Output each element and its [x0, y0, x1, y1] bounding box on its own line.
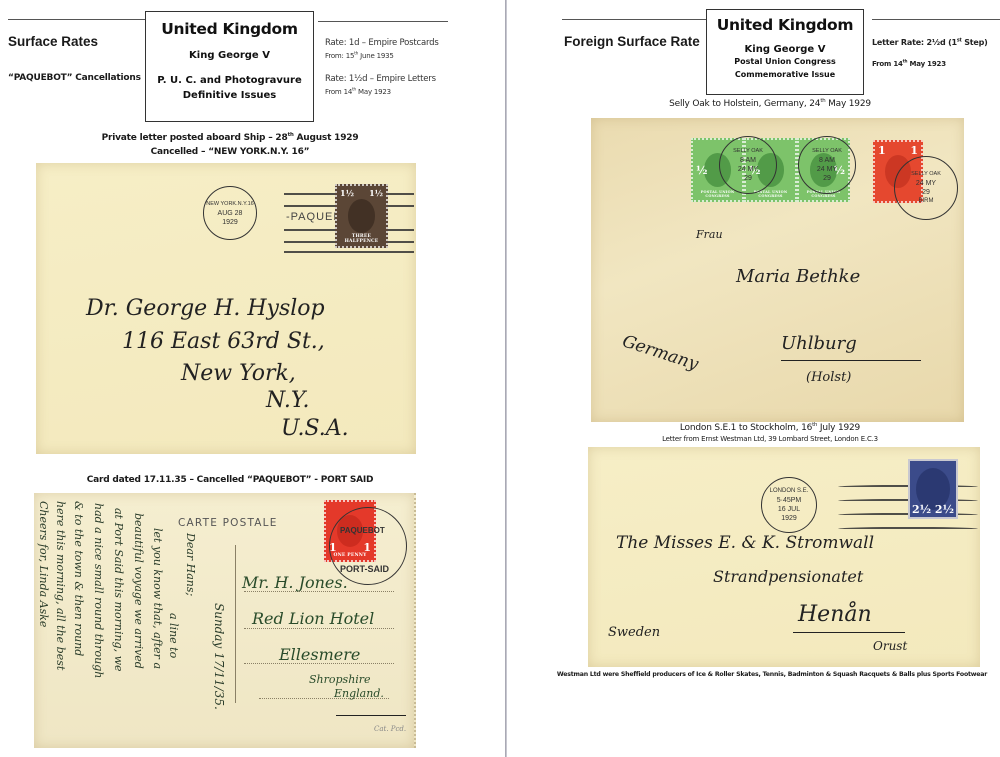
card-address-line-4: Shropshire — [309, 673, 371, 686]
address-line-3: Uhlburg — [781, 333, 857, 354]
cover-new-york-envelope: NEW YORK.N.Y.16 AUG 28 1929 -PAQUEBOT 1½… — [36, 163, 416, 454]
issue-line-2: Definitive Issues — [146, 90, 313, 101]
subtitle: “PAQUEBOT” Cancellations — [8, 73, 141, 83]
section-title: Surface Rates — [8, 34, 98, 49]
card-address-line-2: Red Lion Hotel — [252, 609, 374, 628]
album-page-right: Foreign Surface Rate United Kingdom King… — [507, 0, 1000, 757]
address-line-2: Maria Bethke — [736, 266, 860, 287]
card-address-line-1: Mr. H. Jones. — [242, 573, 348, 592]
address-line-4: (Holst) — [806, 370, 851, 385]
item2-caption: Card dated 17.11.35 – Cancelled “PAQUEBO… — [30, 475, 430, 485]
message-line: let you know that, after a — [151, 528, 164, 669]
message-line: & to the town & then round — [72, 501, 85, 656]
issue-line-1: P. U. C. and Photogravure — [146, 75, 313, 86]
message-line: had a nice small round through — [92, 503, 105, 678]
item1-caption-line1: Private letter posted aboard Ship – 28th… — [30, 133, 430, 143]
address-line-4: Orust — [873, 639, 907, 653]
item1-caption-line2: Cancelled – “NEW YORK.N.Y. 16” — [30, 147, 430, 157]
item2-caption: London S.E.1 to Stockholm, 16th July 192… — [560, 423, 980, 433]
country-title: United Kingdom — [707, 16, 863, 34]
item1-caption: Selly Oak to Holstein, Germany, 24th May… — [560, 99, 980, 109]
address-line-4: N.Y. — [266, 388, 310, 413]
monarch-title: King George V — [707, 44, 863, 55]
issue-line-1: Postal Union Congress — [707, 55, 863, 68]
address-line-1: Frau — [696, 228, 723, 241]
carte-postale-title: CARTE POSTALE — [178, 517, 278, 529]
address-underline — [793, 632, 905, 633]
address-line-3: Henån — [798, 602, 872, 627]
address-line-2: 116 East 63rd St., — [122, 329, 325, 354]
card-divider — [235, 545, 236, 703]
country-title: United Kingdom — [146, 20, 313, 38]
message-line: here this morning, all the best — [54, 501, 67, 670]
item2-subcaption: Letter from Ernst Westman Ltd, 39 Lombar… — [560, 435, 980, 443]
rate-letters-date: From 14th May 1923 — [325, 88, 391, 96]
date-written: Sunday 17/11/35. — [212, 603, 226, 710]
cancel-line — [284, 251, 414, 256]
letter-rate-date: From 14th May 1923 — [872, 60, 946, 68]
issue-line-2: Commemorative Issue — [707, 68, 863, 81]
postmark-selly-oak: SELLY OAK 24 MY 29 BIRM — [894, 156, 958, 220]
rate-letters: Rate: 1½d – Empire Letters — [325, 74, 436, 84]
message-line: a line to — [167, 613, 180, 658]
address-line-2: Strandpensionatet — [713, 567, 863, 586]
message-line: Cheers for, Linda Aske — [37, 501, 50, 627]
pencil-note: Cat. Pcd. — [374, 725, 406, 733]
postmark-london-se: LONDON S.E. 5·45PM 16 JUL 1929 — [761, 477, 817, 533]
stamp-twopence-halfpenny-puc: 2½ 2½ — [908, 459, 958, 519]
rate-postcards-date: From: 15th June 1935 — [325, 52, 394, 60]
footnote: Westman Ltd were Sheffield producers of … — [542, 671, 1000, 678]
address-rule — [244, 628, 394, 629]
cancel-wave — [838, 527, 978, 532]
address-line-1: Dr. George H. Hyslop — [86, 296, 325, 321]
header-rule-left — [8, 19, 146, 20]
letter-rate: Letter Rate: 2½d (1st Step) — [872, 38, 988, 47]
country-note: Sweden — [608, 625, 660, 640]
rate-postcards: Rate: 1d – Empire Postcards — [325, 38, 439, 48]
cover-selly-oak-envelope: ½ POSTAL UNION CONGRESS ½ POSTAL UNION C… — [591, 118, 964, 422]
header-rule-left — [562, 19, 712, 20]
message-greeting: Dear Hans; — [184, 533, 197, 596]
header-rule-right — [872, 19, 1000, 20]
postmark-selly-oak: SELLY OAK 8 AM 24 MY 29 — [798, 136, 856, 194]
header-rule-right — [318, 21, 448, 22]
title-box: United Kingdom King George V Postal Unio… — [706, 9, 864, 95]
address-line-3: New York, — [181, 361, 296, 386]
address-line-1: The Misses E. & K. Stromwall — [616, 533, 874, 553]
title-box: United Kingdom King George V P. U. C. an… — [145, 11, 314, 122]
king-head-icon — [348, 199, 375, 233]
address-line-5: U.S.A. — [281, 416, 349, 441]
cover-port-said-postcard: CARTE POSTALE 1 1 ONE PENNY PAQUEBOT POR… — [34, 493, 416, 748]
address-underline — [336, 715, 406, 716]
country-note: Germany — [620, 331, 701, 374]
stamp-three-halfpence: 1½ 1½ THREE HALFPENCE — [335, 184, 388, 248]
cover-london-stockholm-envelope: LONDON S.E. 5·45PM 16 JUL 1929 2½ 2½ The… — [588, 447, 980, 667]
message-line: beautiful voyage we arrived — [132, 513, 145, 669]
album-page-left: Surface Rates “PAQUEBOT” Cancellations U… — [0, 0, 506, 757]
monarch-title: King George V — [146, 50, 313, 61]
section-title: Foreign Surface Rate — [564, 34, 700, 49]
address-underline — [781, 360, 921, 361]
postmark-new-york: NEW YORK.N.Y.16 AUG 28 1929 — [203, 186, 257, 240]
card-address-line-5: England. — [334, 687, 384, 700]
postmark-selly-oak: SELLY OAK 8 AM 24 MY 29 — [719, 136, 777, 194]
message-line: at Port Said this morning, we — [112, 508, 125, 672]
card-address-line-3: Ellesmere — [279, 645, 360, 664]
